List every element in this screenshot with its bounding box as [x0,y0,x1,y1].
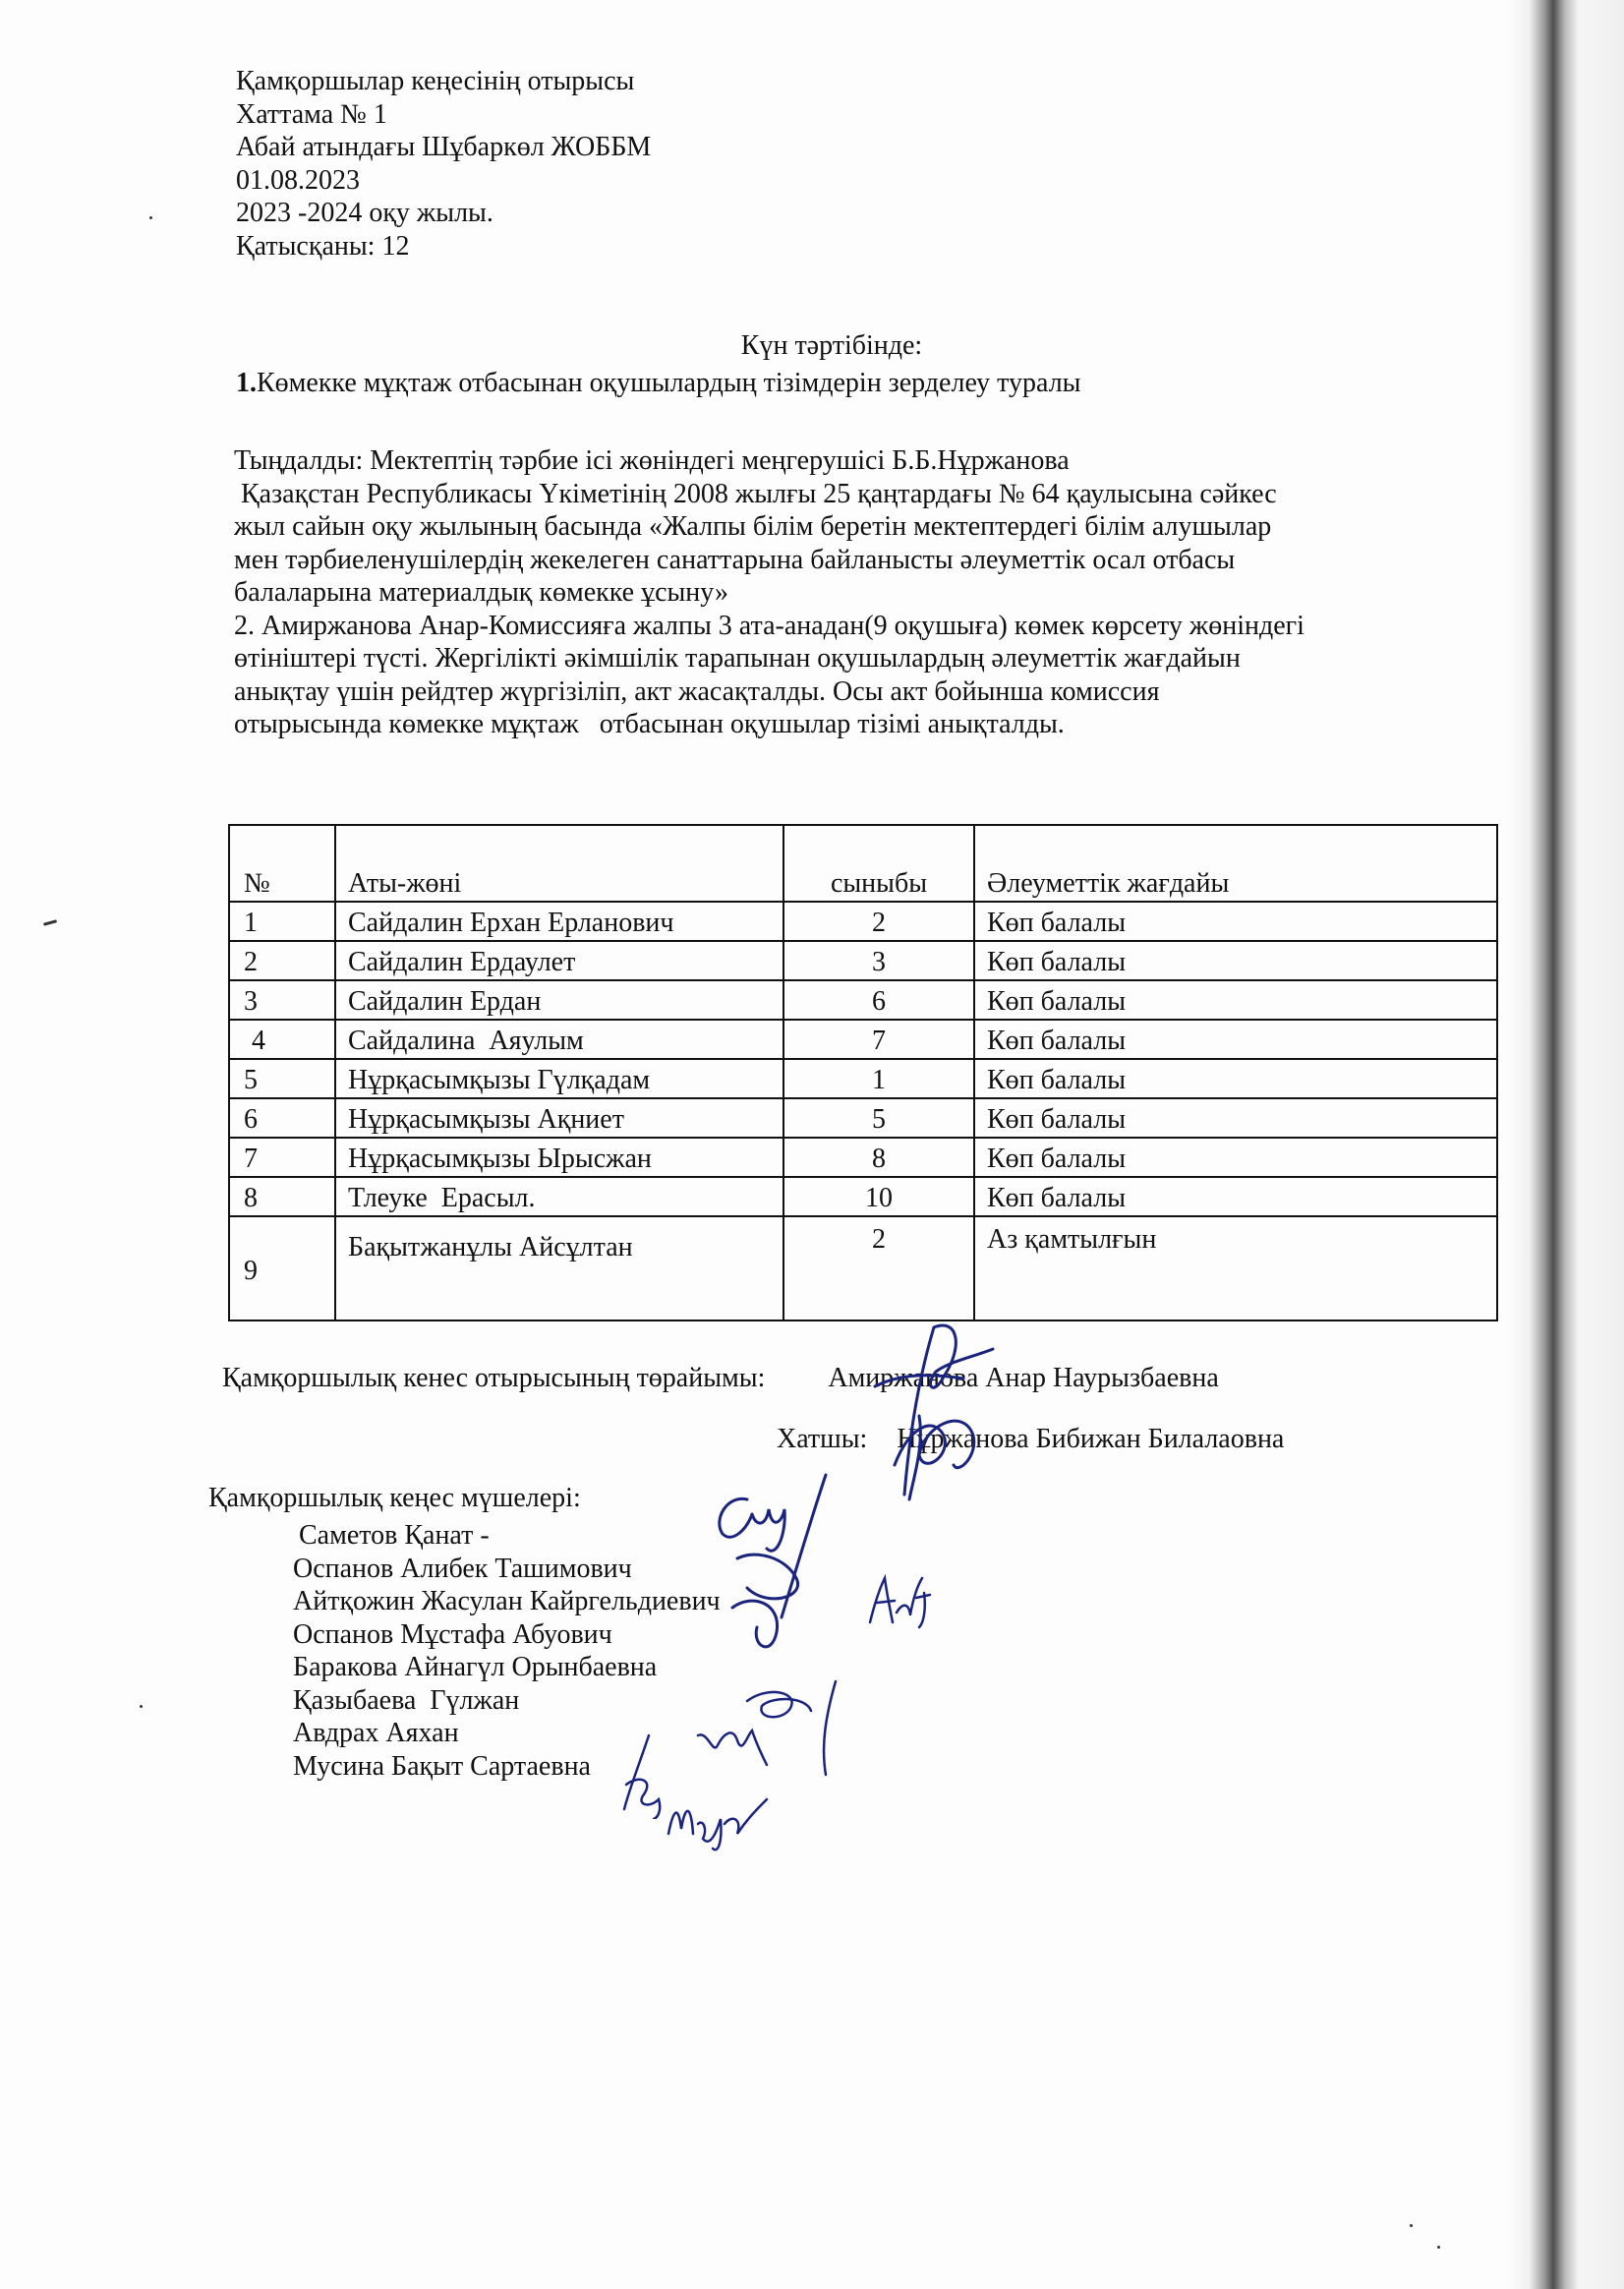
table-row: 1 Сайдалин Ерхан Ерланович 2 Көп балалы [229,902,1497,941]
school-name: Абай атындағы Шұбаркөл ЖОББМ [236,131,651,164]
member-name: Баракова Айнагүл Орынбаевна [293,1651,721,1684]
cell-social-status: Көп балалы [974,941,1497,980]
cell-grade: 1 [783,1059,974,1098]
chair-signature-line: Қамқоршылық кенес отырысының төрайымы:Ам… [222,1363,1219,1394]
paragraph-1-line: балаларына материалдық көмекке ұсыну» [234,576,1522,610]
column-header-social-status: Әлеуметтік жағдайы [974,825,1497,902]
table-row: 4 Сайдалина Аяулым 7 Көп балалы [229,1020,1497,1059]
protocol-number: Хаттама № 1 [236,98,651,132]
cell-grade: 8 [783,1138,974,1177]
scan-speck [140,1705,143,1708]
member-name: Оспанов Алибек Ташимович [293,1553,721,1586]
cell-social-status: Көп балалы [974,1177,1497,1216]
chair-name: Амиржанова Анар Наурызбаевна [828,1363,1218,1393]
chair-signature-icon [865,1318,1013,1504]
table-row: 7 Нұрқасымқызы Ырысжан 8 Көп балалы [229,1138,1497,1177]
cell-grade: 10 [783,1177,974,1216]
cell-social-status: Көп балалы [974,1059,1497,1098]
table-row: 8 Тлеуке Ерасыл. 10 Көп балалы [229,1177,1497,1216]
cell-social-status: Көп балалы [974,1098,1497,1138]
table-row: 6 Нұрқасымқызы Ақниет 5 Көп балалы [229,1098,1497,1138]
member-name: Оспанов Мұстафа Абуович [293,1618,721,1652]
secretary-role: Хатшы: [777,1424,867,1454]
scanner-edge-artifact [1506,0,1624,2289]
member-name: Мусина Бақыт Сартаевна [293,1750,721,1784]
member-name: Айтқожин Жасулан Кайргельдиевич [293,1585,721,1618]
paragraph-1-line: Қазақстан Республикасы Үкіметінің 2008 ж… [234,478,1522,511]
agenda-item-number: 1. [236,368,257,398]
cell-number: 7 [229,1138,335,1177]
cell-name: Нұрқасымқызы Гүлқадам [335,1059,783,1098]
cell-name: Бақытжанұлы Айсұлтан [335,1216,783,1321]
minutes-body: Тыңдалды: Мектептің тәрбие ісі жөніндегі… [234,444,1522,741]
cell-social-status: Көп балалы [974,902,1497,941]
cell-number: 1 [229,902,335,941]
cell-grade: 5 [783,1098,974,1138]
paragraph-2-line: 2. Амиржанова Анар-Комиссияға жалпы 3 ат… [234,610,1522,643]
scan-speck [1437,2246,1440,2249]
chair-role: Қамқоршылық кенес отырысының төрайымы: [222,1363,765,1393]
paragraph-2-line: отырысында көмекке мұқтаж отбасынан оқуш… [234,708,1522,741]
table-row: 3 Сайдалин Ердан 6 Көп балалы [229,980,1497,1020]
members-list: Саметов Қанат - Оспанов Алибек Ташимович… [293,1519,721,1783]
cell-number: 8 [229,1177,335,1216]
secretary-name: Нұржанова Бибижан Билалаовна [897,1424,1284,1454]
cell-grade: 6 [783,980,974,1020]
cell-number: 5 [229,1059,335,1098]
scan-speck [43,919,57,926]
cell-grade: 2 [783,1216,974,1321]
member-name: Саметов Қанат - [293,1519,721,1553]
table-row: 2 Сайдалин Ердаулет 3 Көп балалы [229,941,1497,980]
cell-name: Тлеуке Ерасыл. [335,1177,783,1216]
cell-name: Нұрқасымқызы Ырысжан [335,1138,783,1177]
members-title: Қамқоршылық кеңес мүшелері: [208,1483,581,1514]
column-header-number: № [229,825,335,902]
academic-year: 2023 -2024 оқу жылы. [236,197,651,230]
table-row: 5 Нұрқасымқызы Гүлқадам 1 Көп балалы [229,1059,1497,1098]
cell-social-status: Аз қамтылғын [974,1216,1497,1321]
scanned-document-page: Қамқоршылар кеңесінің отырысы Хаттама № … [0,0,1624,2289]
cell-number: 2 [229,941,335,980]
cell-number: 4 [229,1020,335,1059]
heard-line: Тыңдалды: Мектептің тәрбие ісі жөніндегі… [234,444,1522,478]
cell-number: 6 [229,1098,335,1138]
cell-social-status: Көп балалы [974,980,1497,1020]
agenda-title: Күн тәртібінде: [0,330,1624,362]
cell-social-status: Көп балалы [974,1138,1497,1177]
meeting-date: 01.08.2023 [236,164,651,198]
paragraph-1-line: жыл сайын оқу жылының басында «Жалпы біл… [234,510,1522,544]
secretary-signature-line: Хатшы:Нұржанова Бибижан Билалаовна [777,1424,1284,1455]
cell-name: Сайдалин Ердаулет [335,941,783,980]
cell-grade: 3 [783,941,974,980]
member-signature-icon [698,1470,855,1667]
cell-name: Сайдалина Аяулым [335,1020,783,1059]
cell-grade: 2 [783,902,974,941]
member-signature-icon [865,1573,934,1632]
meeting-title: Қамқоршылар кеңесінің отырысы [236,65,651,98]
column-header-grade: сыныбы [783,825,974,902]
cell-number: 3 [229,980,335,1020]
cell-social-status: Көп балалы [974,1020,1497,1059]
cell-name: Сайдалин Ерхан Ерланович [335,902,783,941]
document-header: Қамқоршылар кеңесінің отырысы Хаттама № … [236,65,651,263]
paragraph-2-line: анықтау үшін рейдтер жүргізіліп, акт жас… [234,675,1522,709]
cell-number: 9 [229,1216,335,1321]
table-header-row: № Аты-жөні сыныбы Әлеуметтік жағдайы [229,825,1497,902]
cell-name: Сайдалин Ердан [335,980,783,1020]
member-name: Қазыбаева Гүлжан [293,1684,721,1718]
paragraph-1-line: мен тәрбиеленушілердің жекелеген санатта… [234,544,1522,577]
agenda-item-text: Көмекке мұқтаж отбасынан оқушылардың тіз… [257,368,1081,398]
scan-speck [149,216,152,219]
member-signature-icon [664,1790,772,1858]
cell-grade: 7 [783,1020,974,1059]
paragraph-2-line: өтініштері түсті. Жергілікті әкімшілік т… [234,642,1522,675]
table-row: 9 Бақытжанұлы Айсұлтан 2 Аз қамтылғын [229,1216,1497,1321]
member-name: Авдрах Аяхан [293,1717,721,1750]
students-table: № Аты-жөні сыныбы Әлеуметтік жағдайы 1 С… [228,824,1498,1321]
scan-speck [1410,2224,1413,2227]
agenda-item: 1.Көмекке мұқтаж отбасынан оқушылардың т… [236,368,1081,399]
cell-name: Нұрқасымқызы Ақниет [335,1098,783,1138]
column-header-name: Аты-жөні [335,825,783,902]
attendance-count: Қатысқаны: 12 [236,230,651,264]
